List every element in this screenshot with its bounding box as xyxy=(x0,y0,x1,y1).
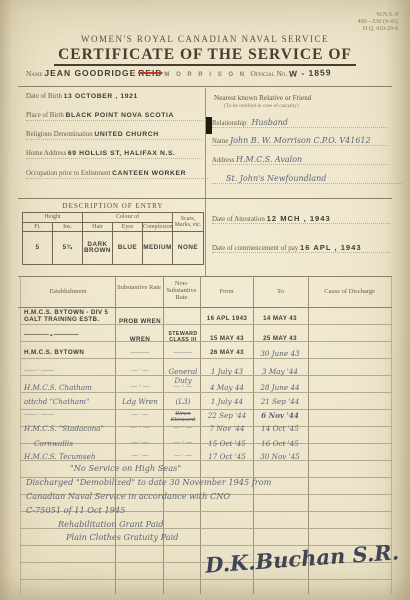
from-cell: 4 May 44 xyxy=(202,383,252,392)
note-plain-clothes-gratuity: Plain Clothes Gratuity Paid xyxy=(66,532,178,542)
home-address-row: Home Address 69 HOLLIS ST, HALIFAX N.S. xyxy=(26,150,202,159)
to-cell: 30 June 43 xyxy=(254,349,306,358)
establishment-header: Establishment xyxy=(22,288,114,295)
form-number-line: W.N.S. 8 xyxy=(358,12,399,19)
establishment-cell: H.M.C.S. Tecumseh xyxy=(24,452,116,461)
official-no-value: W - 1859 xyxy=(289,67,332,78)
from-cell: 17 Oct '45 xyxy=(202,452,252,461)
description-title: DESCRIPTION OF ENTRY xyxy=(22,202,204,210)
attestation-value: 12 MCH , 1943 xyxy=(267,214,331,223)
occupation-label: Occupation prior to Enlistment xyxy=(26,170,110,177)
complexion-header: Complexion xyxy=(143,222,173,232)
description-table: Height Colour of Scars, Marks, etc. Ft. … xyxy=(22,212,204,265)
substantive-cell: — ∙ — xyxy=(117,411,163,418)
complexion-value: MEDIUM xyxy=(143,232,173,265)
ft-header: Ft. xyxy=(23,222,53,232)
establishment-line2: GALT TRAINING ESTB. xyxy=(24,316,116,323)
religion-row: Religious Denomination UNITED CHURCH xyxy=(26,131,202,140)
establishment-cell: —— ∙ —— xyxy=(24,411,116,418)
home-address-value: 69 HOLLIS ST, HALIFAX N.S. xyxy=(68,150,176,157)
from-cell: 1 July 44 xyxy=(202,397,252,406)
from-cell: 1 July 43 xyxy=(202,367,252,376)
name-struck-surname: REID xyxy=(138,68,162,78)
to-cell: 16 Oct '45 xyxy=(254,439,306,448)
certificate-title-text: CERTIFICATE OF THE SERVICE OF xyxy=(54,46,356,66)
attestation-label: Date of Attestation xyxy=(212,215,265,223)
relationship-label: Relationship xyxy=(212,120,246,127)
substantive-cell: WREN xyxy=(117,336,163,343)
substantive-cell: Ldg Wren xyxy=(117,397,163,406)
substantive-rate-header: Substantive Rate xyxy=(117,284,161,291)
colour-of-header: Colour of xyxy=(83,213,173,223)
service-row: —— ∙ —— — ∙ — General Duty 1 July 43 3 M… xyxy=(20,367,392,383)
establishment-cell: attchd "Chatham" xyxy=(24,397,116,406)
relative-subheading: (To be notified in case of casualty) xyxy=(224,103,374,109)
relative-heading: Nearest known Relative or Friend xyxy=(214,94,384,102)
divider-line xyxy=(18,198,392,199)
note-naval-service: Canadian Naval Service in accordance wit… xyxy=(26,491,230,501)
non-substantive-cell: — ∙∙ — xyxy=(165,383,201,390)
from-cell: 7 Nov '44 xyxy=(202,424,252,433)
table-top-line xyxy=(18,276,392,277)
to-header: To xyxy=(254,288,307,295)
non-substantive-cell: — ∙ — xyxy=(165,452,201,459)
relative-name-value: John B. W. Morrison C.P.O. V41612 xyxy=(230,136,371,145)
establishment-cell: H.M.C.S. BYTOWN xyxy=(24,349,116,356)
cause-of-discharge-header: Cause of Discharge xyxy=(310,288,389,295)
substantive-cell: — ∙∙ — xyxy=(117,383,163,390)
scars-value: NONE xyxy=(173,232,204,265)
occupation-value: CANTEEN WORKER xyxy=(112,170,186,177)
form-number-line: 400—530 (9-43) xyxy=(358,19,399,26)
commencement-pay-label: Date of commencement of pay xyxy=(212,244,298,252)
note-order-ref: C-75051 of 11 Oct 1945 xyxy=(26,505,125,515)
relationship-row: Relationship Husband xyxy=(212,118,388,128)
commencement-pay-value: 16 APL , 1943 xyxy=(300,243,362,252)
establishment-line1: H.M.C.S. BYTOWN - DIV 5 xyxy=(24,309,116,316)
establishment-cell: H.M.C.S. Chatham xyxy=(24,383,116,392)
pob-label: Place of Birth xyxy=(26,112,64,119)
service-row: H.M.C.S. BYTOWN - DIV 5 GALT TRAINING ES… xyxy=(20,309,392,333)
relative-address-label: Address xyxy=(212,157,234,164)
hair-value: DARK BROWN xyxy=(83,232,113,265)
relative-address-row: Address H.M.C.S. Avalon xyxy=(212,155,388,165)
substantive-cell: — ∙ — xyxy=(117,439,163,446)
relative-name-row: Name John B. W. Morrison C.P.O. V41612 xyxy=(212,136,388,146)
form-number-line: H.Q. 410-29-8 xyxy=(358,26,399,33)
to-cell: 14 Oct '45 xyxy=(254,424,306,433)
occupation-row: Occupation prior to Enlistment CANTEEN W… xyxy=(26,170,208,179)
establishment-cell: ————⌄———— xyxy=(24,331,116,338)
service-row: H.M.C.S. BYTOWN ——— ——— 26 MAY 43 30 Jun… xyxy=(20,349,392,365)
religion-value: UNITED CHURCH xyxy=(94,131,158,138)
certificate-page: W.N.S. 8 400—530 (9-43) H.Q. 410-29-8 WO… xyxy=(0,0,410,600)
height-ft-value: 5 xyxy=(23,232,53,265)
home-address-label: Home Address xyxy=(26,150,66,157)
dob-value: 13 OCTOBER , 1921 xyxy=(64,93,138,100)
hair-header: Hair xyxy=(83,222,113,232)
eyes-value: BLUE xyxy=(113,232,143,265)
height-ins-value: 5¾ xyxy=(53,232,83,265)
pob-row: Place of Birth BLACK POINT NOVA SCOTIA xyxy=(26,112,202,121)
dob-label: Date of Birth xyxy=(26,93,62,100)
eyes-header: Eyes xyxy=(113,222,143,232)
non-substantive-cell: — ∙∙ — xyxy=(165,424,201,431)
service-name: WOMEN'S ROYAL CANADIAN NAVAL SERVICE xyxy=(0,34,410,44)
form-number-block: W.N.S. 8 400—530 (9-43) H.Q. 410-29-8 xyxy=(358,12,399,33)
from-cell: 16 APL 1943 xyxy=(202,315,252,322)
to-cell: 14 MAY 43 xyxy=(254,315,306,322)
height-header: Height xyxy=(23,213,83,223)
note-high-seas: "No Service on High Seas" xyxy=(70,463,181,473)
note-rehabilitation-grant: Rehabilitation Grant Paid xyxy=(58,519,164,529)
certificate-title: CERTIFICATE OF THE SERVICE OF xyxy=(0,46,410,64)
description-of-entry: DESCRIPTION OF ENTRY Height Colour of Sc… xyxy=(22,202,204,265)
service-row: H.M.C.S. "Stadacona" — ∙∙ — — ∙∙ — 7 Nov… xyxy=(20,424,392,440)
from-cell: 15 MAY 43 xyxy=(202,335,252,342)
divider-line xyxy=(18,86,392,87)
dob-row: Date of Birth 13 OCTOBER , 1921 xyxy=(26,93,202,101)
relative-name-label: Name xyxy=(212,138,228,145)
service-row: ————⌄———— WREN STEWARD CLASS III 15 MAY … xyxy=(20,331,392,347)
to-cell: 25 MAY 43 xyxy=(254,335,306,342)
substantive-cell: ——— xyxy=(117,349,163,356)
relationship-value: Husband xyxy=(251,118,287,127)
commencement-pay-row: Date of commencement of pay 16 APL , 194… xyxy=(212,243,390,253)
scars-header: Scars, Marks, etc. xyxy=(173,213,204,232)
substantive-cell: — ∙ — xyxy=(117,452,163,459)
from-cell: 22 Sep '44 xyxy=(202,411,252,420)
to-cell: 30 Nov '45 xyxy=(254,452,306,461)
attestation-row: Date of Attestation 12 MCH , 1943 xyxy=(212,214,390,224)
to-cell: 6 Nov '44 xyxy=(254,411,306,420)
name-added-surname: M O R R I S O N xyxy=(164,72,246,78)
establishment-cell: H.M.C.S. "Stadacona" xyxy=(24,424,116,433)
ins-header: Ins. xyxy=(53,222,83,232)
non-substantive-cell: (L3) xyxy=(165,397,201,406)
relative-address2-row: St. John's Newfoundland xyxy=(212,174,402,184)
relative-address-value1: H.M.C.S. Avalon xyxy=(236,155,302,164)
establishment-cell: —— ∙ —— xyxy=(24,367,116,374)
non-substantive-cell: — ∙∙ — xyxy=(165,439,201,446)
non-substantive-rate-header: Non- Substantive Rate xyxy=(164,280,199,301)
non-substantive-cell: STEWARD CLASS III xyxy=(165,331,201,343)
non-substantive-cell: Wren Steward xyxy=(165,411,201,423)
from-cell: 26 MAY 43 xyxy=(202,349,252,356)
from-header: From xyxy=(201,288,252,295)
name-label: Name xyxy=(26,69,43,78)
establishment-cell: Cornwallis xyxy=(34,439,126,448)
from-cell: 15 Oct '45 xyxy=(202,439,252,448)
substantive-cell: PROB WREN xyxy=(117,318,163,325)
religion-label: Religious Denomination xyxy=(26,131,93,138)
substantive-cell: — ∙∙ — xyxy=(117,424,163,431)
substantive-cell: — ∙ — xyxy=(117,367,163,374)
non-substantive-cell: ——— xyxy=(165,349,201,356)
establishment-cell: H.M.C.S. BYTOWN - DIV 5 GALT TRAINING ES… xyxy=(24,309,116,323)
note-discharged: Discharged "Demobilized" to date 30 Nove… xyxy=(26,477,271,487)
official-no-label: Official No. xyxy=(250,69,287,78)
relative-address-value2: St. John's Newfoundland xyxy=(226,174,326,183)
to-cell: 3 May '44 xyxy=(254,367,306,376)
name-line: Name JEAN GOODRIDGE REID M O R R I S O N… xyxy=(26,68,386,78)
to-cell: 21 Sep '44 xyxy=(254,397,306,406)
to-cell: 28 June 44 xyxy=(254,383,306,392)
name-given: JEAN GOODRIDGE xyxy=(44,68,136,78)
pob-value: BLACK POINT NOVA SCOTIA xyxy=(65,112,174,119)
